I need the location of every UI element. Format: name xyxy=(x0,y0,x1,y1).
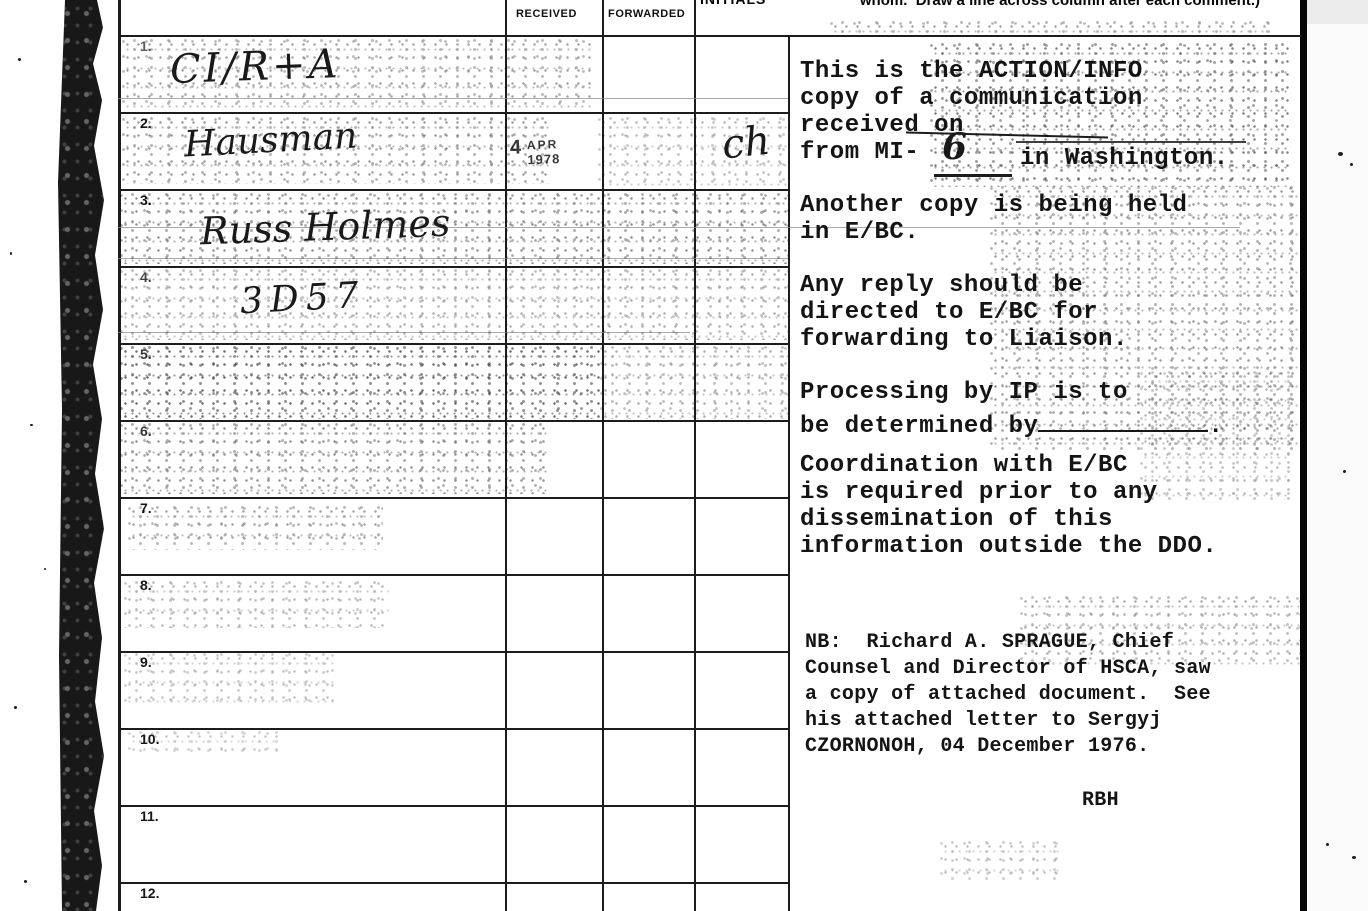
grid-line-v-thick xyxy=(1300,0,1307,911)
comment-line: Processing by IP is to xyxy=(800,379,1128,406)
scan-speck xyxy=(30,424,33,426)
comment-line: dissemination of this xyxy=(800,506,1113,533)
row-number: 2. xyxy=(140,115,152,131)
grid-line-v xyxy=(505,0,507,911)
row-number: 8. xyxy=(140,577,152,593)
scan-speck xyxy=(1343,470,1346,473)
page-right-margin xyxy=(1307,0,1368,911)
nb-line: NB: Richard A. SPRAGUE, Chief xyxy=(805,630,1174,656)
scan-noise xyxy=(124,652,334,707)
column-header-received: RECEIVED xyxy=(516,8,577,20)
row-number: 7. xyxy=(140,500,152,516)
grid-line-v xyxy=(118,0,121,911)
row-number: 10. xyxy=(140,731,159,747)
grid-line-v xyxy=(788,35,790,911)
comments-header-instruction-cutoff: whom. Draw a line across column after ea… xyxy=(800,0,1260,12)
grid-line-h xyxy=(118,112,788,114)
grid-line-h xyxy=(118,651,788,653)
comment-line: directed to E/BC for xyxy=(800,299,1098,326)
grid-line-h xyxy=(118,497,788,499)
comment-line: be determined by. xyxy=(800,406,1223,440)
scan-artifact-line xyxy=(118,332,690,333)
grid-line-h xyxy=(118,420,788,422)
blank-underline xyxy=(1038,406,1208,432)
grid-line-h xyxy=(118,574,788,576)
comment-line: information outside the DDO. xyxy=(800,533,1217,560)
scan-noise xyxy=(830,20,1270,34)
handwritten-mi-number: 6 xyxy=(942,126,967,168)
scan-speck xyxy=(1338,152,1343,156)
scan-speck xyxy=(18,58,21,61)
scan-speck xyxy=(14,706,17,709)
date-stamp: 4 APR 1978 xyxy=(509,135,560,168)
comment-line: This is the ACTION/INFO xyxy=(800,58,1143,85)
grid-line-v xyxy=(694,0,696,911)
nb-line: Counsel and Director of HSCA, saw xyxy=(805,656,1211,682)
comment-line: forwarding to Liaison. xyxy=(800,326,1128,353)
grid-line-h xyxy=(118,189,788,191)
nb-line: CZORNONOH, 04 December 1976. xyxy=(805,734,1149,760)
comment-line: is required prior to any xyxy=(800,479,1158,506)
scan-speck xyxy=(1350,163,1353,166)
stamp-year: 1978 xyxy=(527,151,560,167)
handwritten-routing-4: 3D57 xyxy=(239,275,367,323)
comment-line: Coordination with E/BC xyxy=(800,452,1128,479)
grid-line-h xyxy=(118,266,788,268)
handwritten-routing-3: Russ Holmes xyxy=(199,201,451,254)
row-number: 5. xyxy=(140,346,152,362)
row-number: 4. xyxy=(140,269,152,285)
comment-line: in E/BC. xyxy=(800,219,919,246)
comment-line: copy of a communication xyxy=(800,85,1143,112)
nb-line: his attached letter to Sergyj xyxy=(805,708,1162,734)
row-number: 1. xyxy=(140,38,152,54)
stamp-month: APR xyxy=(527,137,560,152)
row-number: 12. xyxy=(140,885,159,901)
comment-text: be determined by xyxy=(800,413,1038,440)
nb-line: a copy of attached document. See xyxy=(805,682,1211,708)
comment-text: . xyxy=(1208,413,1223,440)
handwritten-routing-1: CI/R+A xyxy=(169,41,341,93)
grid-line-h xyxy=(118,882,788,884)
row-number: 6. xyxy=(140,423,152,439)
handwritten-routing-2: Hausman xyxy=(183,115,358,165)
scan-noise xyxy=(120,422,550,494)
scan-noise xyxy=(120,268,788,340)
row-number: 9. xyxy=(140,654,152,670)
handwritten-initials: ch xyxy=(720,118,773,169)
scan-artifact-line xyxy=(1016,141,1246,143)
scan-artifact-line xyxy=(118,258,788,259)
comment-line: in Washington. xyxy=(1020,145,1229,172)
row-number: 11. xyxy=(140,808,159,824)
grid-line-h xyxy=(118,728,788,730)
grid-line-v xyxy=(602,0,604,911)
grid-line-h xyxy=(118,805,788,807)
scan-noise xyxy=(124,580,389,628)
grid-line-h xyxy=(118,343,788,345)
grid-line-h xyxy=(118,35,1302,37)
scan-artifact-line xyxy=(118,98,788,99)
stamp-day: 4 xyxy=(509,136,521,159)
scan-speck xyxy=(24,880,27,883)
scan-noise xyxy=(120,345,600,419)
scan-speck xyxy=(1326,843,1329,846)
page-corner-shadow xyxy=(1307,0,1368,24)
scan-noise xyxy=(940,840,1060,880)
row-number: 3. xyxy=(140,192,152,208)
scan-edge-bar xyxy=(58,0,108,911)
comment-line: received on xyxy=(800,112,964,139)
scan-noise xyxy=(128,505,383,550)
blank-underline xyxy=(934,174,1012,177)
scan-speck xyxy=(1352,856,1356,859)
scanned-routing-sheet: RECEIVED FORWARDED INITIALS whom. Draw a… xyxy=(0,0,1368,911)
comment-line: Any reply should be xyxy=(800,272,1083,299)
signature-initials: RBH xyxy=(1082,788,1119,814)
column-header-initials-cutoff: INITIALS xyxy=(700,0,786,9)
comment-line: from MI- xyxy=(800,139,919,166)
column-header-forwarded: FORWARDED xyxy=(608,8,685,20)
comment-line: Another copy is being held xyxy=(800,192,1187,219)
scan-speck xyxy=(10,252,12,255)
scan-speck xyxy=(44,568,46,570)
